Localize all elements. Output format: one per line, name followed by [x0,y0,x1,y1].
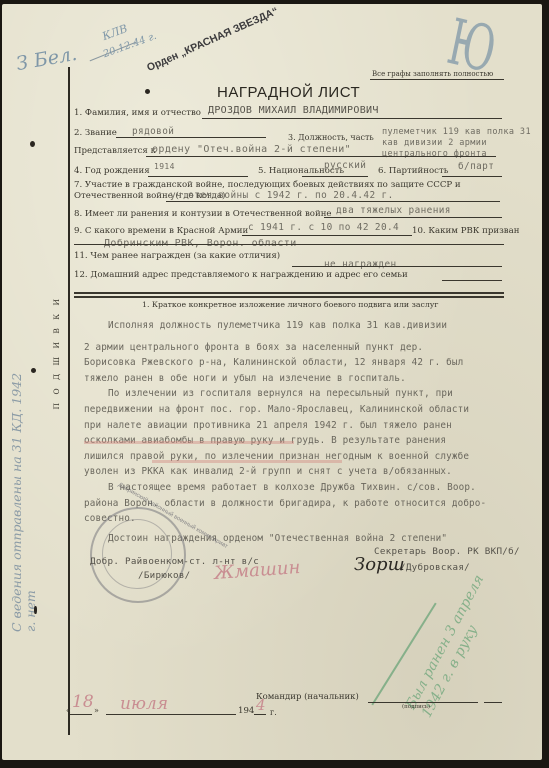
year-prefix: 194 [238,706,254,716]
registry-note-top: КЛВ [101,22,130,43]
section-heading: 1. Краткое конкретное изложение личного … [142,300,438,309]
narrative-line: тяжело ранен в обе ноги и убыл на излече… [84,371,486,387]
field-label-previous-awards: 11. Чем ранее награжден (за какие отличи… [74,251,280,261]
field-underline [302,176,368,177]
field-label-name: 1. Фамилия, имя и отчество [74,108,201,118]
green-handwritten-note: Был ранен 3 апреля 1942 г. в руку [402,572,504,721]
field-label-army-since: 9. С какого времени в Красной Армии [74,226,248,236]
field-underline [202,118,502,119]
field-value-award: ордену "Отеч.война 2-й степени" [152,144,351,155]
field-label-position: 3. Должность, часть [288,133,374,142]
commander-label: Командир (начальник) [256,692,359,702]
field-label-award: Представляется к [74,146,156,156]
field-underline [146,156,496,157]
red-pencil-mark [84,441,294,444]
year-suffix: 4 [256,696,266,714]
year-unit: г. [270,708,277,717]
narrative-line: В настоящее время работает в колхозе Дру… [84,480,486,496]
binding-margin-line [68,67,70,735]
award-sheet: З Бел. КЛВ 20.12.44 г. Орден „КРАСНАЯ ЗВ… [2,4,542,760]
separator-line [74,292,504,294]
field-value-wounds: два тяжелых ранения [336,205,451,216]
field-underline [442,280,502,281]
narrative-line: при налете авиации противника 21 апреля … [84,418,486,434]
field-value-previous-awards: не награжден [324,259,397,270]
field-underline [148,176,248,177]
date-month: июля [120,694,168,714]
field-value-name: ДРОЗДОВ МИХАИЛ ВЛАДИМИРОВИЧ [208,105,379,116]
narrative-line: Исполняя должность пулеметчика 119 кав п… [84,318,486,334]
narrative-line: 2 армии центрального фронта в боях за на… [84,340,486,356]
signature-line [368,702,478,703]
narrative-line: Борисовка Ржевского р-на, Калининской об… [84,355,486,371]
binding-hole [30,141,35,147]
binding-hole [34,606,37,614]
field-underline [242,235,412,236]
narrative-line: По излечении из госпиталя вернулся на пе… [84,386,486,402]
left-signatory-name: /Бирюков/ [138,570,190,581]
red-pencil-mark [152,460,342,463]
field-value-army-since: с 1941 г. с 10 по 42 20.4 [248,222,399,233]
field-label-rank: 2. Звание [74,128,117,138]
year-line [254,714,266,715]
field-label-birth-year: 4. Год рождения [74,166,150,176]
field-value-civil-war: уч.отеч.войны с 1942 г. по 20.4.42 г. [170,190,394,201]
date-day: 18 [72,692,94,712]
field-underline [166,201,500,202]
field-label-wounds: 8. Имеет ли ранения и контузии в Отечест… [74,209,332,219]
document-title: НАГРАДНОЙ ЛИСТ [217,84,360,101]
field-value-party: б/парт [458,161,494,172]
right-signature: Зорш [354,554,405,575]
separator-line [74,296,504,298]
fill-note-underline [370,79,504,80]
date-month-line [106,714,236,715]
field-label-address: 12. Домашний адрес представляемого к наг… [74,270,534,280]
field-underline [74,244,504,245]
right-signatory-name: /Дубровская/ [400,562,470,573]
field-underline [442,176,502,177]
field-value-rank: рядовой [132,126,174,137]
signature-line-short [484,702,502,703]
field-label-party: 6. Партийность [378,166,448,176]
order-stamp: Орден „КРАСНАЯ ЗВЕЗДА“ [145,5,280,74]
date-day-line [70,714,92,715]
signature-caption: (подпись) [402,704,430,710]
narrative-line: уволен из РККА как инвалид 2-й групп и с… [84,464,486,480]
field-underline [292,266,502,267]
field-label-rvk: 10. Каким РВК призван [412,226,520,236]
binding-hole [145,89,150,94]
field-underline [324,217,502,218]
fill-note: Все графы заполнять полностью [372,70,493,78]
margin-handwritten-note: С ведения отправлены на 31 КД. 1942 г. н… [10,372,54,632]
binding-hole [31,368,36,373]
narrative-line: передвижении на фронт пос. гор. Мало-Яро… [84,402,486,418]
date-quote-close: » [94,706,99,715]
official-seal: Добринский районный военный комиссариат [90,507,186,603]
field-value-nationality: русский [324,160,366,171]
field-underline [116,137,266,138]
field-value-birth-year: 1914 [154,162,175,171]
